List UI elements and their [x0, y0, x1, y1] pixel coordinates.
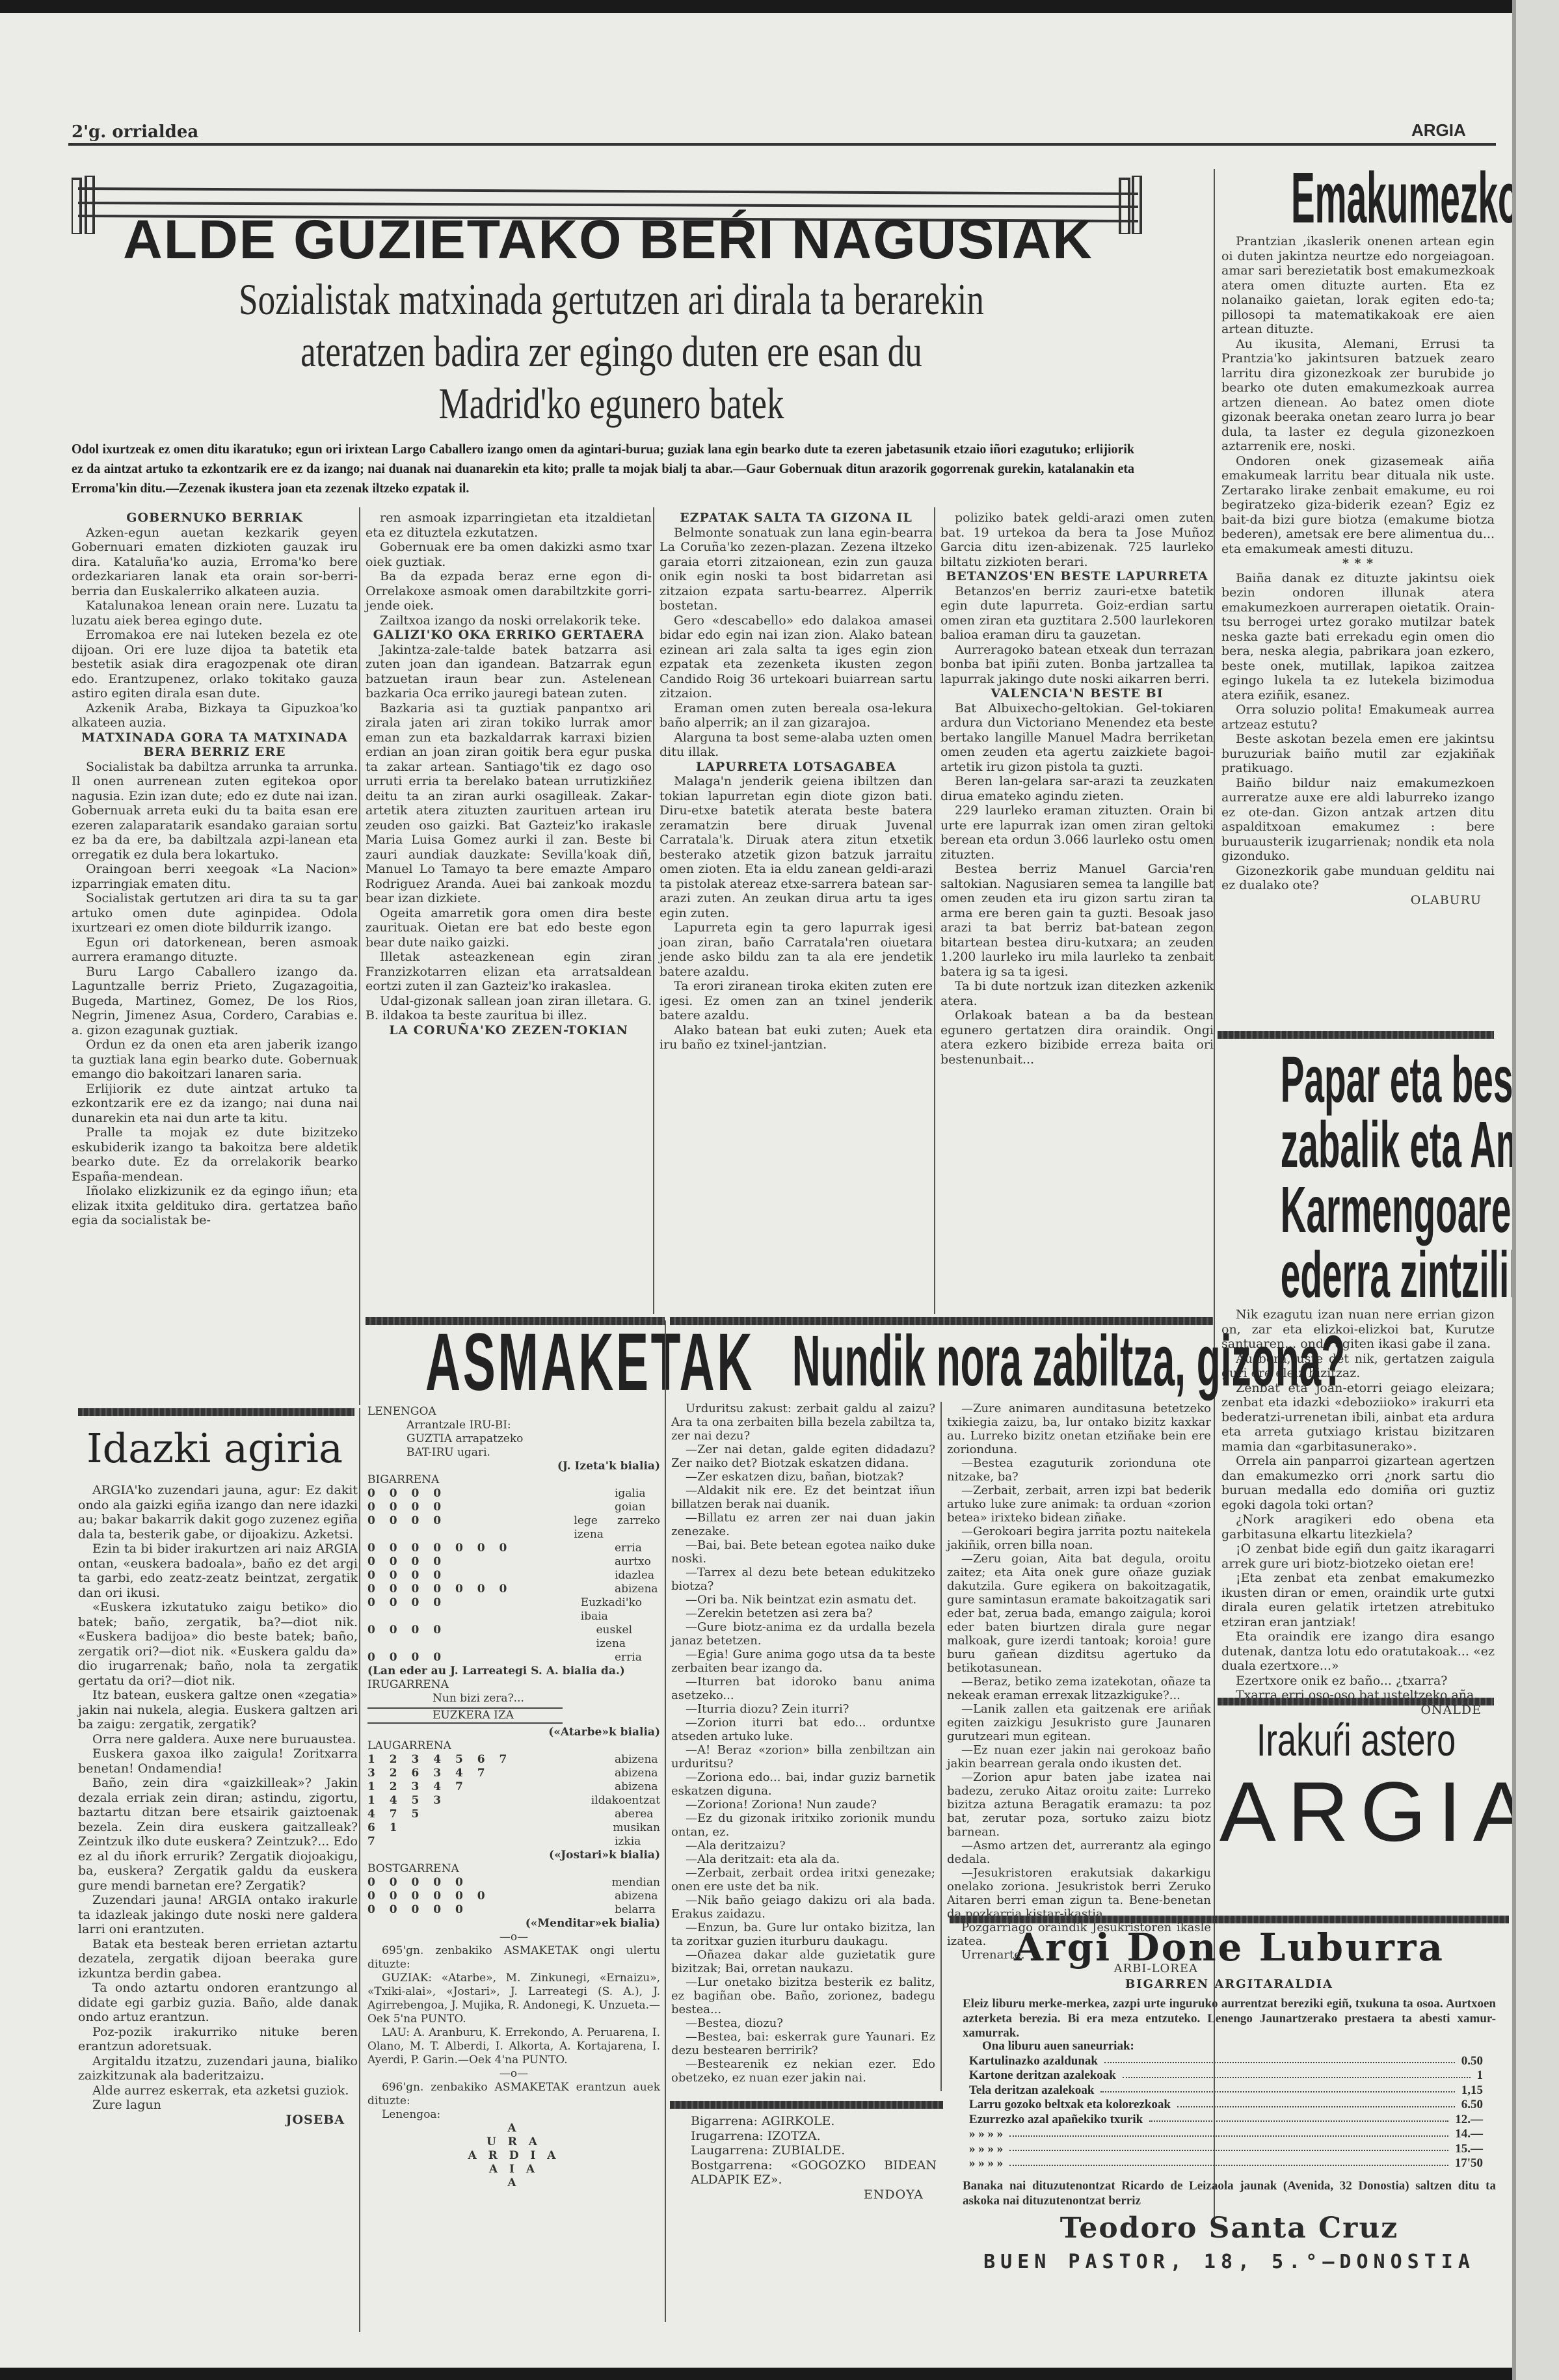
idazki-para: «Euskera izkutatuko zaigu betiko» dio ba… [78, 1600, 358, 1688]
puzzle-answer-line: EUZKERA IZA [367, 1707, 563, 1724]
price-row: Kartulinazko azaldunak0.50 [969, 2054, 1483, 2069]
price-value: 17'50 [1455, 2156, 1483, 2171]
idazki-para: ARGIA'ko zuzendari jauna, agur: Ez dakit… [78, 1483, 358, 1542]
puzzle-hint: abizena [615, 1767, 658, 1780]
dialogue-line: —Iturren bat idoroko banu anima asetzeko… [671, 1675, 935, 1702]
dialogue-line: —Beraz, betiko zema izatekotan, oñaze ta… [947, 1675, 1211, 1702]
asmaketak-title: ASMAKETAK [425, 1324, 605, 1402]
puzzle-row: 0 0 0 0 0mendian [367, 1876, 660, 1890]
dialogue-line: —Ala deritzait: eta ala da. [671, 1852, 935, 1866]
col1-para: Ordun ez da onen eta aren jaberik izango… [72, 1037, 358, 1082]
col1-para: Socialistak ba dabiltza arrunka ta arrun… [72, 760, 358, 862]
puzzle-label: BIGARRENA [367, 1473, 660, 1487]
dialogue-line: —Tarrex al dezu bete betean edukitzeko b… [671, 1566, 935, 1593]
puzzle-hint: belarra [615, 1903, 656, 1917]
right-para: Baiña danak ez dituzte jakintsu oiek bez… [1221, 571, 1495, 703]
puzzle-hint: idazlea [615, 1569, 654, 1583]
column-1: GOBERNUKO BERRIAK Azken-egun auetan kezk… [72, 511, 358, 1228]
dialogue-line: —Enzun, ba. Gure lur ontako bizitza, lan… [671, 1921, 935, 1948]
right2-para: ¡O zenbat bide egiñ dun gaitz ikaragarri… [1221, 1542, 1495, 1571]
col4-para: Betanzos'en berriz zauri-etxe batetik eg… [940, 584, 1214, 643]
puzzle-hint: izkia [615, 1835, 641, 1849]
section-divider-bar [950, 1916, 1509, 1923]
puzzle-row: 3 2 6 3 4 7abizena [367, 1767, 660, 1780]
col4-para: Bestea berriz Manuel Garcia'ren saltokia… [940, 862, 1214, 979]
col2-para: Ba da ezpada beraz erne egon di- Orrelak… [366, 569, 652, 613]
puzzle-hint: Euzkadi'ko ibaia [581, 1596, 660, 1624]
puzzle-row: 0 0 0 0 0 0 0erria [367, 1542, 660, 1555]
price-item: Tela deritzan azalekoak [969, 2083, 1094, 2098]
puzzle-question: Nun bizi zera?... [367, 1692, 660, 1705]
column-divider [359, 1408, 360, 2332]
puzzle-credit: (Lan eder au J. Larreategi S. A. bialia … [367, 1665, 660, 1678]
col2-para: Udal-gizonak sallean joan ziran illetara… [366, 994, 652, 1023]
idazki-para: Ezin ta bi bider irakurtzen ari naiz ARG… [78, 1542, 358, 1600]
leader-dots [1104, 2054, 1455, 2064]
puzzle-code: 6 1 [367, 1821, 613, 1835]
col1-para: Egun ori datorkenean, beren asmoak aurre… [72, 935, 358, 965]
price-row: Ezurrezko azal apañekiko txurik12.— [969, 2113, 1483, 2128]
dialogue-line: —Lanik zallen eta gaitzenak ere ariñak e… [947, 1702, 1211, 1743]
puzzle-hint: goian [615, 1501, 646, 1514]
price-value: 1,15 [1461, 2083, 1483, 2098]
puzzle-hint: mendian [611, 1876, 660, 1890]
puzzle-row: 0 0 0 0 0 0abizena [367, 1890, 660, 1903]
col4-para: Ta bi dute nortzuk izan ditezken azkenik… [940, 979, 1214, 1008]
bostgarrena-rows: 0 0 0 0 0mendian0 0 0 0 0 0abizena0 0 0 … [367, 1876, 660, 1917]
puzzle-line: GUZTIA arrapatzeko [367, 1432, 660, 1446]
col2-para: Ogeita amarretik gora omen dira beste za… [366, 906, 652, 950]
dialogue-line: —Iturria diozu? Zein iturri? [671, 1702, 935, 1716]
lead-deck-line-3: Madrid'ko egunero batek [155, 377, 1068, 429]
puzzle-code: 0 0 0 0 [367, 1501, 615, 1514]
dialogue-line: —Ori ba. Nik beintzat ezin asmatu det. [671, 1593, 935, 1607]
right-para: Ondoren onek gizasemeak aiña emakumeak l… [1221, 454, 1495, 557]
dialogue-line: —Jesukristoren erakutsiak dakarkigu onel… [947, 1866, 1211, 1921]
price-value: 6.50 [1461, 2098, 1483, 2113]
section-divider-bar [78, 1408, 354, 1416]
dialogue-line: —Gerokoari begira jarrita poztu naitekel… [947, 1525, 1211, 1552]
right-para: Beste askotan bezela emen ere jakintsu b… [1221, 732, 1495, 776]
idazki-body: ARGIA'ko zuzendari jauna, agur: Ez dakit… [78, 1483, 358, 2127]
column-2: ren asmoak izparringietan eta itzaldieta… [366, 511, 652, 1037]
idazki-para: Zuzendari jauna! ARGIA ontako irakurle t… [78, 1893, 358, 1937]
puzzle-label: BOSTGARRENA [367, 1862, 660, 1876]
right-para: Baiño bildur naiz emakumezkoen aurreratz… [1221, 776, 1495, 864]
puzzle-line: Arrantzale IRU-BI: [367, 1419, 660, 1432]
idazki-para: Itz batean, euskera galtze onen «zegatia… [78, 1688, 358, 1732]
price-item: » » » » [969, 2142, 1003, 2157]
answer-item: Laugarrena: ZUBIALDE. [676, 2143, 937, 2158]
lead-deck-line-1: Sozialistak matxinada gertutzen ari dira… [155, 273, 1068, 325]
price-item: Larru gozoko beltxak eta kolorezkoak [969, 2098, 1171, 2113]
dialogue-line: —Zure animaren aunditasuna betetzeko txi… [947, 1402, 1211, 1456]
col2-para: Jakintza-zale-talde batek batzarra asi z… [366, 643, 652, 701]
laugarrena-rows: 1 2 3 4 5 6 7abizena3 2 6 3 4 7abizena1 … [367, 1753, 660, 1849]
puzzle-row: 0 0 0 0euskel izena [367, 1624, 660, 1651]
price-value: 0.50 [1461, 2054, 1483, 2069]
puzzle-code: 0 0 0 0 [367, 1651, 615, 1665]
dialogue-line: —Ez nuan ezer jakin nai gerokoaz baño ja… [947, 1743, 1211, 1771]
leader-dots [1177, 2098, 1455, 2107]
diamond-line: A [367, 2176, 660, 2190]
col4-para: Bat Albuixecho-geltokian. Gel-tokiaren a… [940, 701, 1214, 775]
right-article-title: Emakumezkoak aurretik [1291, 159, 1428, 237]
divider-mark: —o— [367, 1931, 660, 1944]
puzzle-code: 1 4 5 3 [367, 1794, 591, 1808]
lead-deck-line-2: ateratzen badira zer egingo duten ere es… [155, 325, 1068, 377]
puzzle-code: 7 [367, 1835, 615, 1849]
price-item: » » » » [969, 2156, 1003, 2171]
col1-para: Erromakoa ere nai luteken bezela ez ote … [72, 628, 358, 701]
title-line: zabalik eta Ama Birjiña [1281, 1112, 1435, 1177]
answer-item: Bigarrena: AGIRKOLE. [676, 2114, 937, 2129]
puzzle-credit: (J. Izeta'k bialia) [367, 1460, 660, 1473]
diamond-line: A [367, 2122, 660, 2135]
leader-dots [1149, 2113, 1448, 2122]
advert-address: BUEN PASTOR, 18, 5.°—DONOSTIA [950, 2251, 1509, 2273]
column-divider [934, 507, 935, 1314]
byline-olaburu: OLABURU [1221, 893, 1495, 908]
puzzle-hint: aberea [615, 1808, 653, 1821]
idazki-para: Orra nere galdera. Auxe nere buruaustea. [78, 1732, 358, 1747]
dialogue-line: —Zeru goian, Aita bat degula, oroitu zai… [947, 1552, 1211, 1675]
puzzle-label: LENENGOA [367, 1405, 660, 1419]
promo-read-weekly: Irakuŕi astero [1254, 1714, 1459, 1766]
puzzle-code: 0 0 0 0 0 [367, 1876, 611, 1890]
col1-heading-matxinada: MATXINADA GORA TA MATXINADA BERA BERRIZ … [72, 730, 358, 760]
diamond-line: A I A [367, 2163, 660, 2176]
puzzle-hint: abizena [615, 1780, 658, 1794]
lead-banner-headline: ALDE GUZIETAKO BEŔI NAGUSIAK [72, 208, 1145, 271]
price-value: 12.— [1455, 2113, 1483, 2128]
right2-para: ¡Eta zenbat eta zenbat emakumezko ikuste… [1221, 1571, 1495, 1629]
puzzle-code: 0 0 0 0 [367, 1555, 615, 1569]
col2-para: Illetak asteazkenean egin ziran Franzizk… [366, 950, 652, 994]
puzzle-row: 0 0 0 0aurtxo [367, 1555, 660, 1569]
leader-dots [1009, 2156, 1448, 2166]
col4-para: 229 laurleko eraman zituzten. Orain bi u… [940, 803, 1214, 862]
price-value: 15.— [1455, 2142, 1483, 2157]
right2-para: Ezertxore onik ez baño... ¿txarra? [1221, 1674, 1495, 1689]
puzzle-hint: abizena [615, 1753, 658, 1767]
leader-dots [1100, 2083, 1454, 2093]
advert-footer: Banaka nai dituzutenontzat Ricardo de Le… [963, 2179, 1496, 2208]
price-item: Kartulinazko azaldunak [969, 2054, 1098, 2069]
price-row: » » » »14.— [969, 2127, 1483, 2142]
puzzle-hint: erria [615, 1651, 642, 1665]
puzzle-hint: euskel izena [596, 1624, 661, 1651]
puzzle-row: 7izkia [367, 1835, 660, 1849]
puzzle-row: 0 0 0 0Euzkadi'ko ibaia [367, 1596, 660, 1624]
col1-para: Azkenik Araba, Bizkaya ta Gipuzkoa'ko al… [72, 701, 358, 730]
leader-dots [1009, 2127, 1448, 2137]
price-item: Ezurrezko azal apañekiko txurik [969, 2113, 1143, 2128]
col1-para: Azken-egun auetan kezkarik geyen Gobernu… [72, 526, 358, 599]
col2-para: ren asmoak izparringietan eta itzaldieta… [366, 511, 652, 540]
puzzle-hint: aurtxo [615, 1555, 651, 1569]
answers-list: Bigarrena: AGIRKOLE. Irugarrena: IZOTZA.… [676, 2114, 937, 2202]
section-divider-bar [670, 2101, 943, 2109]
col3-para: Lapurreta egin ta gero lapurrak igesi jo… [660, 920, 933, 979]
price-row: Tela deritzan azalekoak1,15 [969, 2083, 1483, 2098]
byline-endoya: ENDOYA [676, 2187, 937, 2202]
dialogue-line: —Zer eskatzen dizu, bañan, biotzak? [671, 1470, 935, 1484]
puzzle-row: 4 7 5aberea [367, 1808, 660, 1821]
title-line: Papar eta besoak zabal- [1281, 1047, 1435, 1112]
col4-para: poliziko batek geldi-arazi omen zuten ba… [940, 511, 1214, 569]
column-divider [1214, 169, 1215, 2218]
nundik-title: Nundik nora zabiltza, gizona? [792, 1324, 1091, 1398]
dialogue-line: —Zerbait, zerbait, arren izpi bat bederi… [947, 1484, 1211, 1525]
puzzle-code: 0 0 0 0 0 0 0 [367, 1542, 615, 1555]
idazki-para: Batak eta besteak beren errietan aztartu… [78, 1937, 358, 1981]
dialogue-line: —Ala deritzaizu? [671, 1839, 935, 1852]
col2-heading-galizi: GALIZI'KO OKA ERRIKO GERTAERA [366, 628, 652, 643]
dialogue-line: —Bestearenik ez nekian ezer. Edo obetzek… [671, 2057, 935, 2085]
puzzle-code: 0 0 0 0 [367, 1624, 596, 1651]
col4-para: Orlakoak batean a ba da bestean egunero … [940, 1008, 1214, 1067]
price-row: Kartone deritzan azalekoak1 [969, 2068, 1483, 2083]
puzzle-code: 0 0 0 0 0 [367, 1903, 615, 1917]
right2-para: Eta oraindik ere izango dira esango dute… [1221, 1629, 1495, 1674]
price-value: 1 [1477, 2068, 1484, 2083]
header-rule [68, 143, 1496, 146]
answer-label: Lenengoa: [367, 2108, 660, 2122]
dialogue-line: —Zer nai detan, galde egiten didadazu? Z… [671, 1443, 935, 1470]
idazki-title: Idazki agiria [72, 1424, 358, 1472]
idazki-para: Baño, zein dira «gaizkilleak»? Jakin dez… [78, 1776, 358, 1893]
section-divider-bar [1218, 1698, 1494, 1705]
puzzle-hint: ildakoentzat [591, 1794, 660, 1808]
dialogue-line: —Bestea, diozu? [671, 2016, 935, 2030]
price-item: » » » » [969, 2127, 1003, 2142]
puzzle-hint: musikan [613, 1821, 660, 1835]
page-label: 2'g. orrialdea [72, 122, 198, 142]
right2-para: ¿Nork aragikeri edo obena eta garbitasun… [1221, 1512, 1495, 1542]
dialogue-line: —Ez du gizonak iritxiko zorionik mundu o… [671, 1812, 935, 1839]
price-item: Kartone deritzan azalekoak [969, 2068, 1116, 2083]
dialogue-line: —A! Beraz «zorion» billa zenbiltzan ain … [671, 1743, 935, 1771]
section-divider-bar [1218, 1031, 1494, 1039]
puzzle-label: LAUGARRENA [367, 1739, 660, 1753]
puzzle-code: 0 0 0 0 [367, 1596, 581, 1624]
col2-heading-coruna: LA CORUÑA'KO ZEZEN-TOKIAN [366, 1023, 652, 1038]
advert-seller: Teodoro Santa Cruz [950, 2212, 1509, 2245]
col3-heading-lapurreta: LAPURRETA LOTSAGABEA [660, 760, 933, 775]
col3-para: Belmonte sonatuak zun lana egin-bearra L… [660, 526, 933, 613]
promo-argia-logo: ARGIA [1219, 1763, 1493, 1860]
col1-para: Erlijiorik ez dute aintzat artuko ta ezk… [72, 1082, 358, 1126]
dialogue-line: Urduritsu zakust: zerbait galdu al zaizu… [671, 1402, 935, 1443]
puzzle-hint: abizena [615, 1890, 658, 1903]
puzzle-credit: («Jostari»k bialia) [367, 1849, 660, 1862]
puzzle-row: 0 0 0 0idazlea [367, 1569, 660, 1583]
right-article-body: Prantzian ,ikaslerik onenen artean egin … [1221, 234, 1495, 907]
puzzle-row: 1 4 5 3ildakoentzat [367, 1794, 660, 1808]
right-para: Au ikusita, Alemani, Errusi ta Prantzia'… [1221, 337, 1495, 454]
col3-para: Alako batean bat euki zuten; Auek eta ir… [660, 1023, 933, 1052]
answers-intro: 696'gn. zenbakiko ASMAKETAK erantzun aue… [367, 2081, 660, 2108]
col1-para: Oraingoan berri xeegoak «La Nacion» izpa… [72, 862, 358, 891]
col1-para: Buru Largo Caballero izango da. Laguntza… [72, 965, 358, 1038]
puzzle-code: 3 2 6 3 4 7 [367, 1767, 615, 1780]
advert-subtitle: BIGARREN ARGITARALDIA [950, 1977, 1509, 1991]
title-line: ederra zintzilika [1281, 1242, 1435, 1307]
column-divider [359, 507, 360, 1405]
results-lau: LAU: A. Aranburu, K. Errekondo, A. Perua… [367, 2026, 660, 2067]
col1-heading-gobernuko-berriak: GOBERNUKO BERRIAK [72, 511, 358, 526]
puzzle-code: 4 7 5 [367, 1808, 615, 1821]
col4-para: Aurreragoko batean etxeak dun terrazan b… [940, 643, 1214, 687]
dialogue-line: —Zerbait, zerbait ordea iritxi genezake;… [671, 1866, 935, 1893]
col1-para: Katalunakoa lenean orain nere. Luzatu ta… [72, 598, 358, 628]
diamond-line: A R D I A [367, 2149, 660, 2163]
dialogue-line: —Bestea, bai: eskerrak gure Yaunari. Ez … [671, 2030, 935, 2057]
puzzle-hint: erria [615, 1542, 642, 1555]
col2-para: Gobernuak ere ba omen dakizki asmo txar … [366, 540, 652, 569]
dialogue-line: —Zoriona edo... bai, indar guziz barneti… [671, 1771, 935, 1798]
dialogue-line: —Lur onetako bizitza besterik ez balitz,… [671, 1975, 935, 2016]
col3-para: Ta erori ziranean tiroka ekiten zuten er… [660, 979, 933, 1023]
dialogue-line: —Egia! Gure anima gogo utsa da ta beste … [671, 1648, 935, 1675]
idazki-para: Zure lagun [78, 2098, 358, 2113]
results-guziak: GUZIAK: «Atarbe», M. Zinkunegi, «Ernaizu… [367, 1972, 660, 2026]
title-line: Karmengoaren domiña [1281, 1177, 1435, 1242]
puzzle-line: BAT-IRU ugari. [367, 1446, 660, 1460]
column-divider [665, 1320, 666, 2322]
puzzle-row: 1 2 3 4 5 6 7abizena [367, 1753, 660, 1767]
right-para: Orra soluzio polita! Emakumeak aurrea ar… [1221, 702, 1495, 732]
col3-para: Gero «descabello» edo dalakoa amasei bid… [660, 613, 933, 701]
column-4: poliziko batek geldi-arazi omen zuten ba… [940, 511, 1214, 1067]
col2-para: Zailtxoa izango da noski orrelakorik tek… [366, 613, 652, 628]
dialogue-line: —Asmo artzen det, aurrerantz ala egingo … [947, 1839, 1211, 1866]
dialogue-line: —Zorion apur baten jabe izatea nai badez… [947, 1771, 1211, 1839]
column-divider [653, 507, 654, 1314]
puzzle-row: 0 0 0 0 0 0 0abizena [367, 1583, 660, 1596]
col3-para: Alarguna ta bost seme-alaba uzten omen d… [660, 730, 933, 760]
price-intro: Ona liburu auen saneurriak: [969, 2039, 1483, 2054]
puzzle-row: 0 0 0 0lege zarreko izena [367, 1514, 660, 1542]
col4-para: Beren lan-gelara sar-arazi ta zeuzkaten … [940, 774, 1214, 803]
puzzle-credit: («Menditar»ek bialia) [367, 1917, 660, 1931]
idazki-para: Ta ondo aztartu ondoren erantzungo al di… [78, 1981, 358, 2025]
puzzle-label: IRUGARRENA [367, 1678, 660, 1692]
col3-para: Malaga'n jenderik geiena ibiltzen dan to… [660, 774, 933, 920]
puzzle-code: 0 0 0 0 [367, 1487, 615, 1501]
col3-para: Eraman omen zuten bereala osa-lekura bañ… [660, 701, 933, 730]
idazki-para: Poz-pozik irakurriko nituke beren erantz… [78, 2025, 358, 2054]
col3-heading-ezpatak: EZPATAK SALTA TA GIZONA IL [660, 511, 933, 526]
right-para: Gizonezkorik gabe munduan gelditu nai ez… [1221, 864, 1495, 893]
dialogue-line: —Zerekin betetzen asi zera ba? [671, 1607, 935, 1620]
col4-heading-betanzos: BETANZOS'EN BESTE LAPURRETA [940, 569, 1214, 584]
dialogue-line: —Zorion iturri bat edo... orduntxe atsed… [671, 1716, 935, 1743]
divider-mark: —o— [367, 2067, 660, 2081]
answer-item: Bostgarrena: «GOGOZKO BIDEAN ALDAPIK EZ»… [676, 2158, 937, 2187]
puzzle-hint: igalia [615, 1487, 645, 1501]
price-value: 14.— [1455, 2127, 1483, 2142]
price-row: » » » »15.— [969, 2142, 1483, 2157]
puzzle-code: 0 0 0 0 [367, 1569, 615, 1583]
advert-price-list: Ona liburu auen saneurriak: Kartulinazko… [969, 2039, 1483, 2171]
section-separator: * * * [1221, 556, 1495, 571]
dialogue-line: —Zoriona! Zoriona! Nun zaude? [671, 1798, 935, 1812]
advert-title: Argi Done Luburra [950, 1925, 1509, 1970]
puzzle-row: 0 0 0 0 0belarra [367, 1903, 660, 1917]
price-row: Larru gozoko beltxak eta kolorezkoak6.50 [969, 2098, 1483, 2113]
right-para: Prantzian ,ikaslerik onenen artean egin … [1221, 234, 1495, 337]
puzzle-row: 1 2 3 4 7abizena [367, 1780, 660, 1794]
puzzle-credit: («Atarbe»k bialia) [367, 1726, 660, 1739]
puzzle-code: 0 0 0 0 [367, 1514, 574, 1542]
puzzle-code: 1 2 3 4 5 6 7 [367, 1753, 615, 1767]
puzzle-code: 1 2 3 4 7 [367, 1780, 615, 1794]
col4-heading-valencia: VALENCIA'N BESTE BI [940, 686, 1214, 701]
price-rows: Kartulinazko azaldunak0.50Kartone deritz… [969, 2054, 1483, 2171]
puzzle-row: 0 0 0 0goian [367, 1501, 660, 1514]
newspaper-page: 2'g. orrialdea ARGIA ALDE GUZIETAKO BEŔI… [0, 13, 1512, 2368]
results-intro: 695'gn. zenbakiko ASMAKETAK ongi ulertu … [367, 1944, 660, 1972]
diamond-line: U R A [367, 2135, 660, 2149]
byline-joseba: JOSEBA [78, 2113, 358, 2128]
right2-para: Orrela ain panparroi gizartean agertzen … [1221, 1454, 1495, 1512]
dialogue-line: —Oñazea dakar alde guzietatik gure bizit… [671, 1948, 935, 1975]
page-edge [1512, 0, 1559, 2380]
col1-para: Iñolako elizkizunik ez da egingo iñun; e… [72, 1184, 358, 1228]
puzzle-hint: abizena [615, 1583, 658, 1596]
col2-para: Bazkaria asi ta guztiak panpantxo ari zi… [366, 701, 652, 906]
answer-item: Irugarrena: IZOTZA. [676, 2129, 937, 2144]
idazki-para: Alde aurrez eskerrak, eta azketsi guziok… [78, 2083, 358, 2098]
asmaketak-puzzles: LENENGOA Arrantzale IRU-BI: GUZTIA arrap… [367, 1405, 660, 2190]
dialogue-line: —Gure biotz-anima ez da urdalla bezela j… [671, 1620, 935, 1648]
price-row: » » » »17'50 [969, 2156, 1483, 2171]
idazki-para: Euskera gaxoa ilko zaigula! Zoritxarra b… [78, 1746, 358, 1776]
dialogue-line: —Nik baño geiago dakizu ori ala bada. Er… [671, 1893, 935, 1921]
puzzle-row: 0 0 0 0igalia [367, 1487, 660, 1501]
puzzle-hint: lege zarreko izena [574, 1514, 660, 1542]
dialogue-line: —Billatu ez arren zer nai duan jakin zen… [671, 1511, 935, 1538]
puzzle-row: 0 0 0 0erria [367, 1651, 660, 1665]
bigarrena-rows: 0 0 0 0igalia0 0 0 0goian0 0 0 0lege zar… [367, 1487, 660, 1665]
col1-para: Pralle ta mojak ez dute bizitzeko eskubi… [72, 1125, 358, 1184]
dialogue-line: —Bestea ezaguturik zorionduna ote nitzak… [947, 1456, 1211, 1484]
publication-name: ARGIA [1411, 120, 1466, 140]
right-article-2-title: Papar eta besoak zabal- zabalik eta Ama … [1218, 1047, 1497, 1307]
column-3: EZPATAK SALTA TA GIZONA IL Belmonte sona… [660, 511, 933, 1052]
puzzle-code: 0 0 0 0 0 0 0 [367, 1583, 615, 1596]
advert-description: Eleiz liburu merke-merkea, zazpi urte in… [963, 1997, 1496, 2041]
dialogue-line: —Aldakit nik ere. Ez det beintzat iñun b… [671, 1484, 935, 1511]
col1-para: Socialistak gertutzen ari dira ta su ta … [72, 891, 358, 935]
answer-diamond: AU R AA R D I AA I AA [367, 2122, 660, 2190]
leader-dots [1123, 2068, 1471, 2078]
puzzle-code: 0 0 0 0 0 0 [367, 1890, 615, 1903]
leader-dots [1009, 2142, 1448, 2152]
idazki-para: Argitaldu itzatzu, zuzendari jauna, bial… [78, 2054, 358, 2083]
dialogue-line: —Bai, bai. Bete betean egotea naiko duke… [671, 1538, 935, 1566]
lead-summary: Odol ixurtzeak ez omen ditu ikaratuko; e… [72, 439, 1134, 498]
puzzle-row: 6 1musikan [367, 1821, 660, 1835]
